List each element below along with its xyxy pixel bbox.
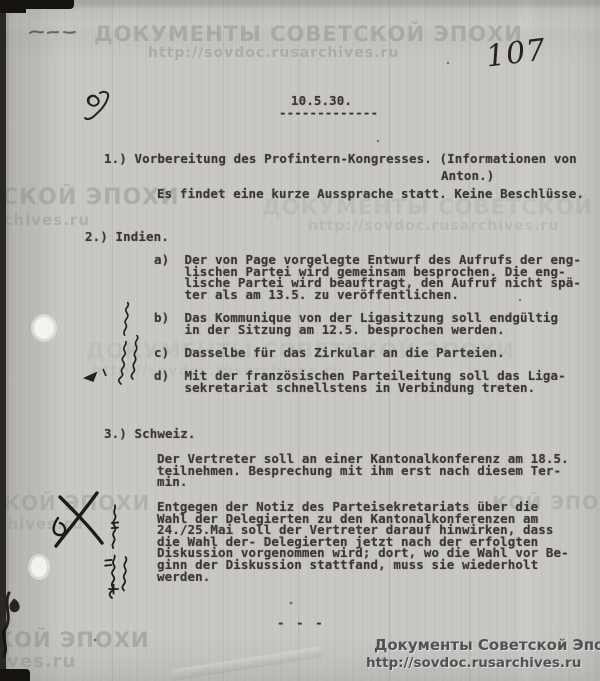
- watermark-title-left-partial: ТСКОЙ ЭПОХИ: [0, 185, 180, 210]
- handwritten-mark-initials: [85, 92, 108, 119]
- watermark-title-top: ДОКУМЕНТЫ СОВЕТСКОЙ ЭПОХИ: [94, 22, 523, 46]
- watermark-url-bottom-right: http://sovdoc.rusarchives.ru: [366, 655, 581, 671]
- watermark-url-top: http://sovdoc.rusarchives.ru: [148, 45, 399, 61]
- watermark-title-left-partial-2: СКОЙ ЭПОХИ: [0, 491, 150, 515]
- agenda-item-1-body: Es findet eine kurze Aussprache statt. K…: [157, 188, 584, 200]
- agenda-item-1-title-continuation: Anton.): [441, 170, 494, 182]
- handwritten-note-illegible-2: [94, 505, 142, 600]
- handwritten-plus-mark: [109, 585, 118, 594]
- agenda-item-3-heading: 3.) Schweiz.: [104, 428, 196, 440]
- agenda-item-2-heading: 2.) Indien.: [85, 231, 169, 243]
- agenda-item-2-subitems: a) Der von Page vorgelegte Entwurf des A…: [154, 254, 581, 393]
- watermark-url-middle: http://sovdoc.rusarchives.ru: [308, 218, 559, 234]
- agenda-item-3-body-2: Entgegen der Notiz des Parteisekretariat…: [157, 501, 569, 582]
- watermark-url-left-partial: archives.ru: [0, 211, 90, 229]
- paper-fold: [172, 646, 322, 680]
- end-of-document-dashes: - - -: [277, 617, 325, 629]
- paper-hole-2: [28, 554, 50, 580]
- typed-date-underline: -------------: [279, 107, 378, 119]
- agenda-item-3-body: Der Vertreter soll an einer Kantonalkonf…: [157, 453, 569, 488]
- paper-hole-1: [31, 314, 57, 342]
- watermark-title-bottom-right: Документы Советской Эпохи: [374, 636, 600, 654]
- agenda-item-1-title: 1.) Vorbereitung des Profintern-Kongress…: [104, 153, 577, 165]
- handwritten-page-number: 107: [484, 32, 548, 74]
- handwritten-scribble-top-left: [30, 31, 75, 33]
- watermark-title-bottom-left-partial: КОЙ ЭПОХИ: [0, 628, 150, 652]
- watermark-url-left-partial-2: archives.ru: [0, 515, 84, 533]
- scanned-document-page: ДОКУМЕНТЫ СОВЕТСКОЙ ЭПОХИ http://sovdoc.…: [0, 0, 600, 681]
- scan-edge-left: [0, 0, 6, 681]
